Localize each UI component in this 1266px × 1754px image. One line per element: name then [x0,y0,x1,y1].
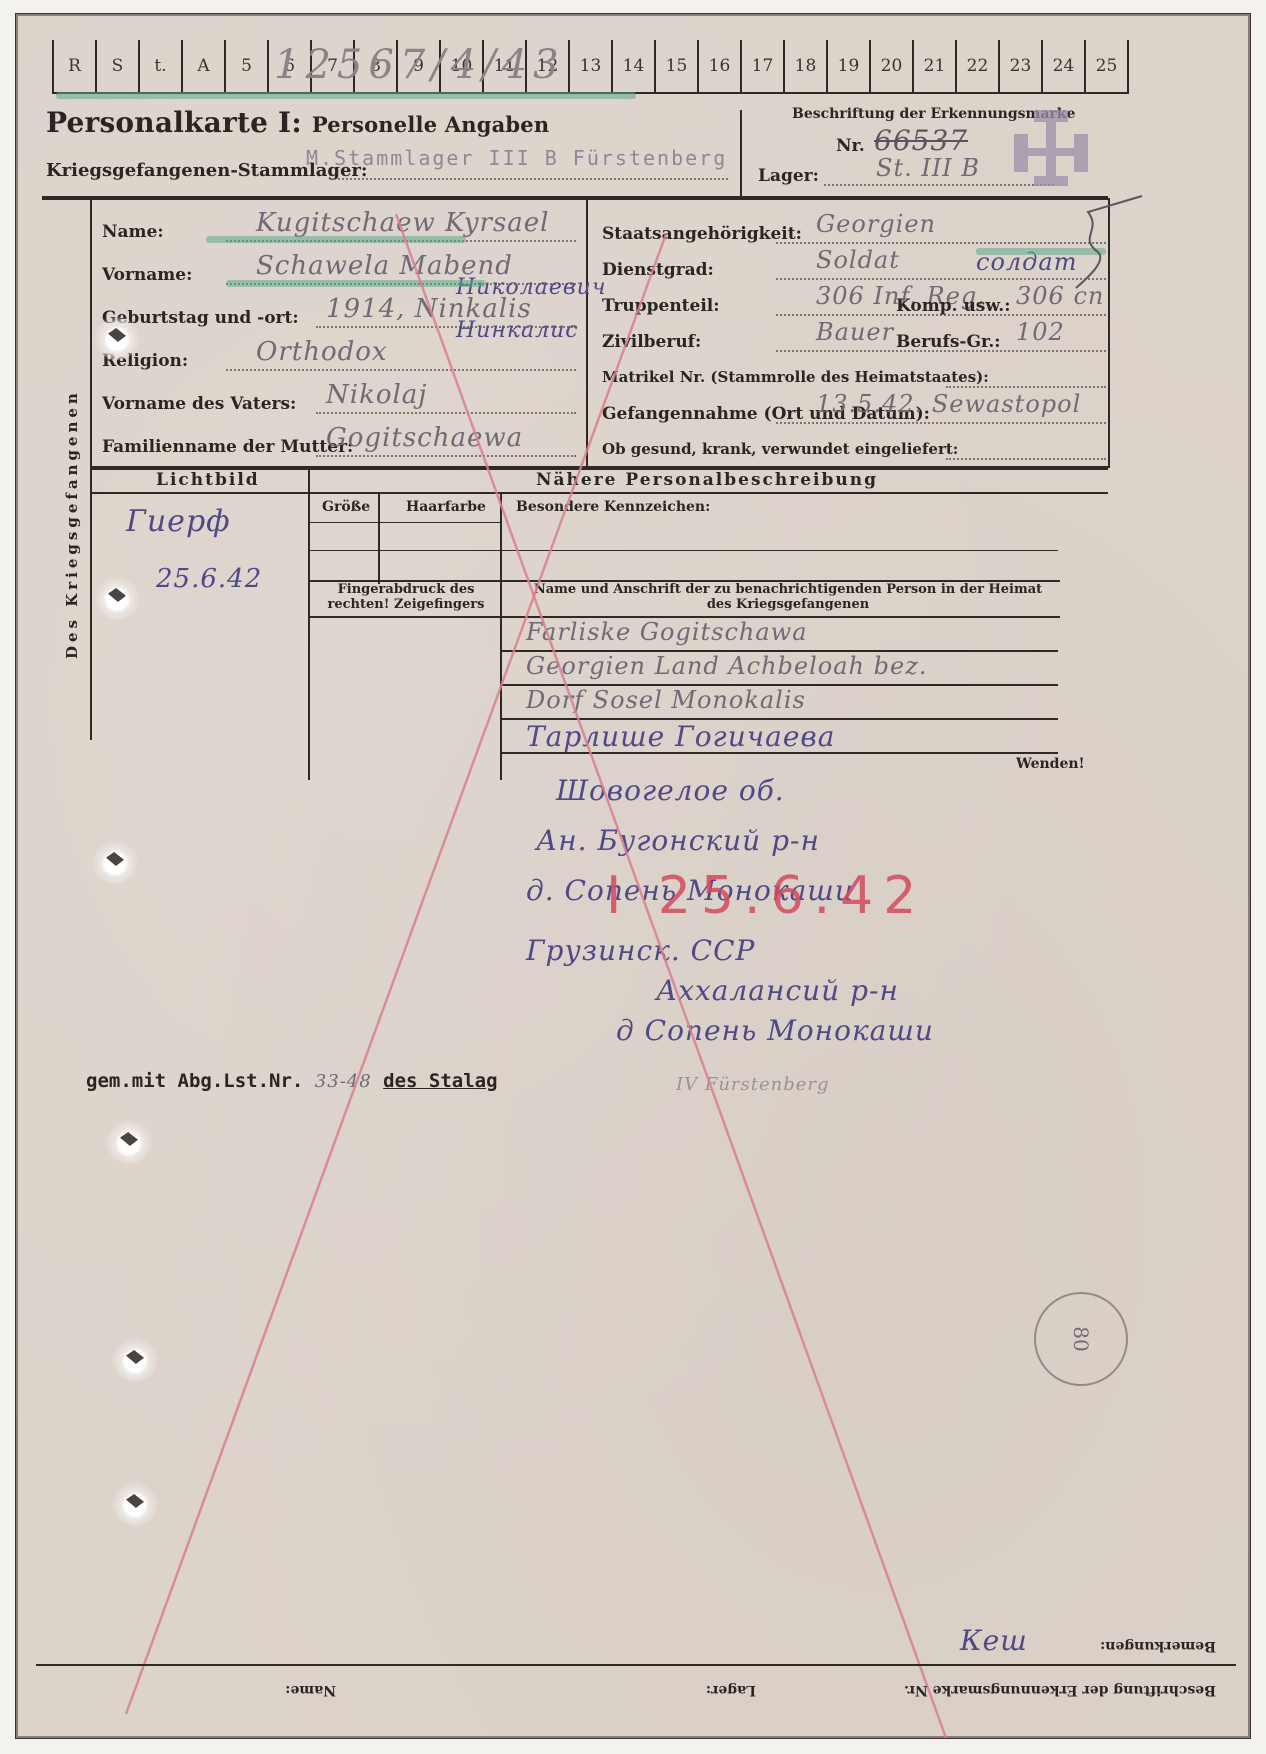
bottom-rule [36,1664,1236,1666]
bottom-remarks-label: Bemerkungen: [1100,1638,1216,1654]
punch-hole [94,574,140,620]
punch-hole [106,1118,152,1164]
personnel-card: RSt.A56789101112131415161718192021222324… [16,14,1250,1738]
bottom-upside-down-section: Beschriftung der Erkennungsmarke Nr. Lag… [36,1616,1236,1736]
punch-hole [92,838,138,884]
red-cross-out-mark [16,14,1250,1738]
punch-hole [94,314,140,360]
bottom-lager-label: Lager: [706,1682,756,1698]
bottom-erkennungsmarke-label: Beschriftung der Erkennungsmarke Nr. [904,1682,1216,1698]
signature: Кеш [960,1624,1028,1657]
punch-hole [112,1336,158,1382]
bottom-name-label: Name: [285,1682,336,1698]
punch-hole [112,1480,158,1526]
